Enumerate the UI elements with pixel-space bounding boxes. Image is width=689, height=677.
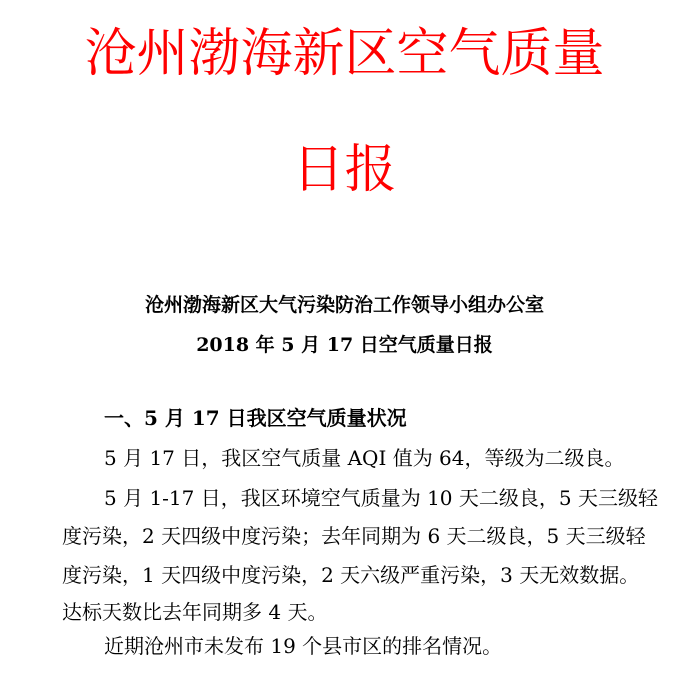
aqi-statement: 5 月 17 日，我区空气质量 AQI 值为 64，等级为二级良。	[104, 444, 625, 472]
report-title-line1: 沧州渤海新区空气质量	[0, 24, 689, 84]
summary-line: 5 月 1-17 日，我区环境空气质量为 10 天二级良，5 天三级轻	[104, 484, 658, 512]
summary-line: 度污染，2 天四级中度污染；去年同期为 6 天二级良，5 天三级轻	[62, 522, 646, 550]
ranking-note: 近期沧州市未发布 19 个县市区的排名情况。	[104, 632, 502, 660]
issuing-organization: 沧州渤海新区大气污染防治工作领导小组办公室	[0, 292, 689, 318]
summary-line: 达标天数比去年同期多 4 天。	[62, 598, 327, 626]
section-heading: 一、5 月 17 日我区空气质量状况	[104, 404, 407, 432]
report-title-line2: 日报	[0, 140, 689, 200]
summary-line: 度污染，1 天四级中度污染，2 天六级严重污染，3 天无效数据。	[62, 561, 639, 589]
report-date-title: 2018 年 5 月 17 日空气质量日报	[0, 332, 689, 358]
